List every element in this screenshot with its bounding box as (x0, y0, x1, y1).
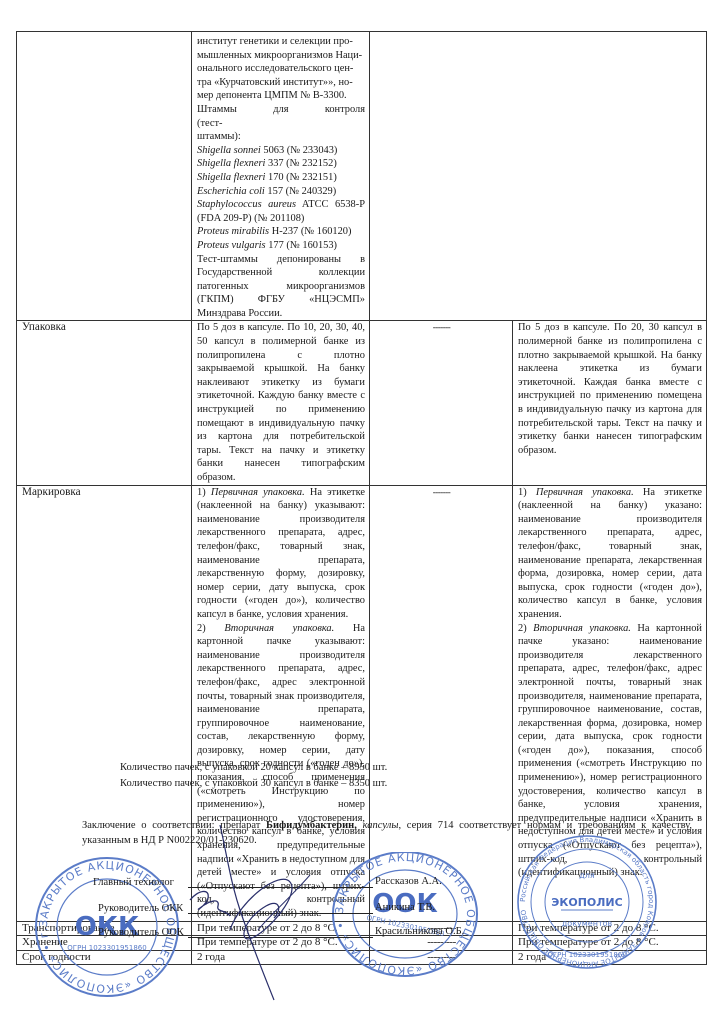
document-page: институт генетики и селекции про- мышлен… (0, 0, 724, 1024)
stamp-ook-icon: ЗАКРЫТОЕ АКЦИОНЕРНОЕ ОБЩЕСТВО «ЭКОПОЛИС»… (330, 852, 480, 982)
signer-name: Аникина Т.В. (375, 902, 435, 913)
strain-deposit-note: Тест-штаммы депонированы в Государственн… (197, 253, 365, 321)
primary-packaging-paragraph: 1) Первичная упаковка. На этикетке (накл… (518, 486, 702, 622)
strain-item: Shigella flexneri 337 (№ 232152) (197, 157, 365, 171)
svg-text:документов: документов (562, 919, 613, 928)
packaging-actual-cell: По 5 доз в капсуле. По 20, 30 капсул в п… (513, 321, 707, 485)
packaging-manufacturer-cell: По 5 доз в капсуле. По 10, 20, 30, 40, 5… (192, 321, 370, 485)
strain-intro-line: онального исследовательского цен- (197, 62, 365, 76)
dosage-form: капсулы (363, 820, 399, 831)
strain-intro-line: тра «Курчатовский институт»», но- (197, 76, 365, 90)
strain-intro-line: институт генетики и селекции про- (197, 35, 365, 49)
svg-text:ЭКОПОЛИС: ЭКОПОЛИС (551, 896, 622, 909)
strain-intro-line: штаммы): (197, 130, 365, 144)
signer-name: Рассказов А.А. (375, 876, 442, 887)
signature-row-chief-technologist: Главный технолог (93, 877, 174, 888)
strain-item: Staphylococcus aureus ATCC 6538-P (FDA 2… (197, 198, 365, 225)
strain-item: Escherichia coli 157 (№ 240329) (197, 185, 365, 199)
strain-item: Shigella flexneri 170 (№ 232151) (197, 171, 365, 185)
row-label (17, 32, 192, 321)
svg-text:ОГРН 1023301951860: ОГРН 1023301951860 (547, 951, 626, 959)
strain-intro-line: мер депонента ЦМПМ № В-3300. (197, 89, 365, 103)
svg-text:для: для (579, 871, 595, 880)
stamp-ecopolis-icon: Российская Федерация Владимирская област… (515, 832, 660, 972)
empty-merged-cell (370, 32, 707, 321)
primary-packaging-paragraph: 1) Первичная упаковка. На этикетке (накл… (197, 486, 365, 622)
strain-intro-line: мышленных микроорганизмов Наци- (197, 49, 365, 63)
table-row-packaging: Упаковка По 5 доз в капсуле. По 10, 20, … (17, 321, 707, 485)
strain-intro-line: Штаммы для контроля (тест- (197, 103, 365, 130)
table-row-strains: институт генетики и селекции про- мышлен… (17, 32, 707, 321)
count-line-20: Количество пачек, с упаковкой 20 капсул … (120, 760, 387, 776)
count-line-30: Количество пачек, с упаковкой 30 капсул … (120, 776, 387, 792)
strain-item: Proteus mirabilis Н-237 (№ 160120) (197, 225, 365, 239)
handwritten-signature-icon (170, 820, 330, 1010)
svg-text:ОГРН 1023301951860: ОГРН 1023301951860 (67, 944, 146, 952)
package-counts: Количество пачек, с упаковкой 20 капсул … (120, 760, 387, 792)
strain-item: Shigella sonnei 5063 (№ 233043) (197, 144, 365, 158)
strains-cell: институт генетики и селекции про- мышлен… (192, 32, 370, 321)
signer-name: Красильникова О.Б. (375, 926, 464, 937)
row-label: Упаковка (17, 321, 192, 485)
packaging-empty-cell: ------- (370, 321, 513, 485)
strain-item: Proteus vulgaris 177 (№ 160153) (197, 239, 365, 253)
signer-role: Главный технолог (93, 877, 174, 888)
